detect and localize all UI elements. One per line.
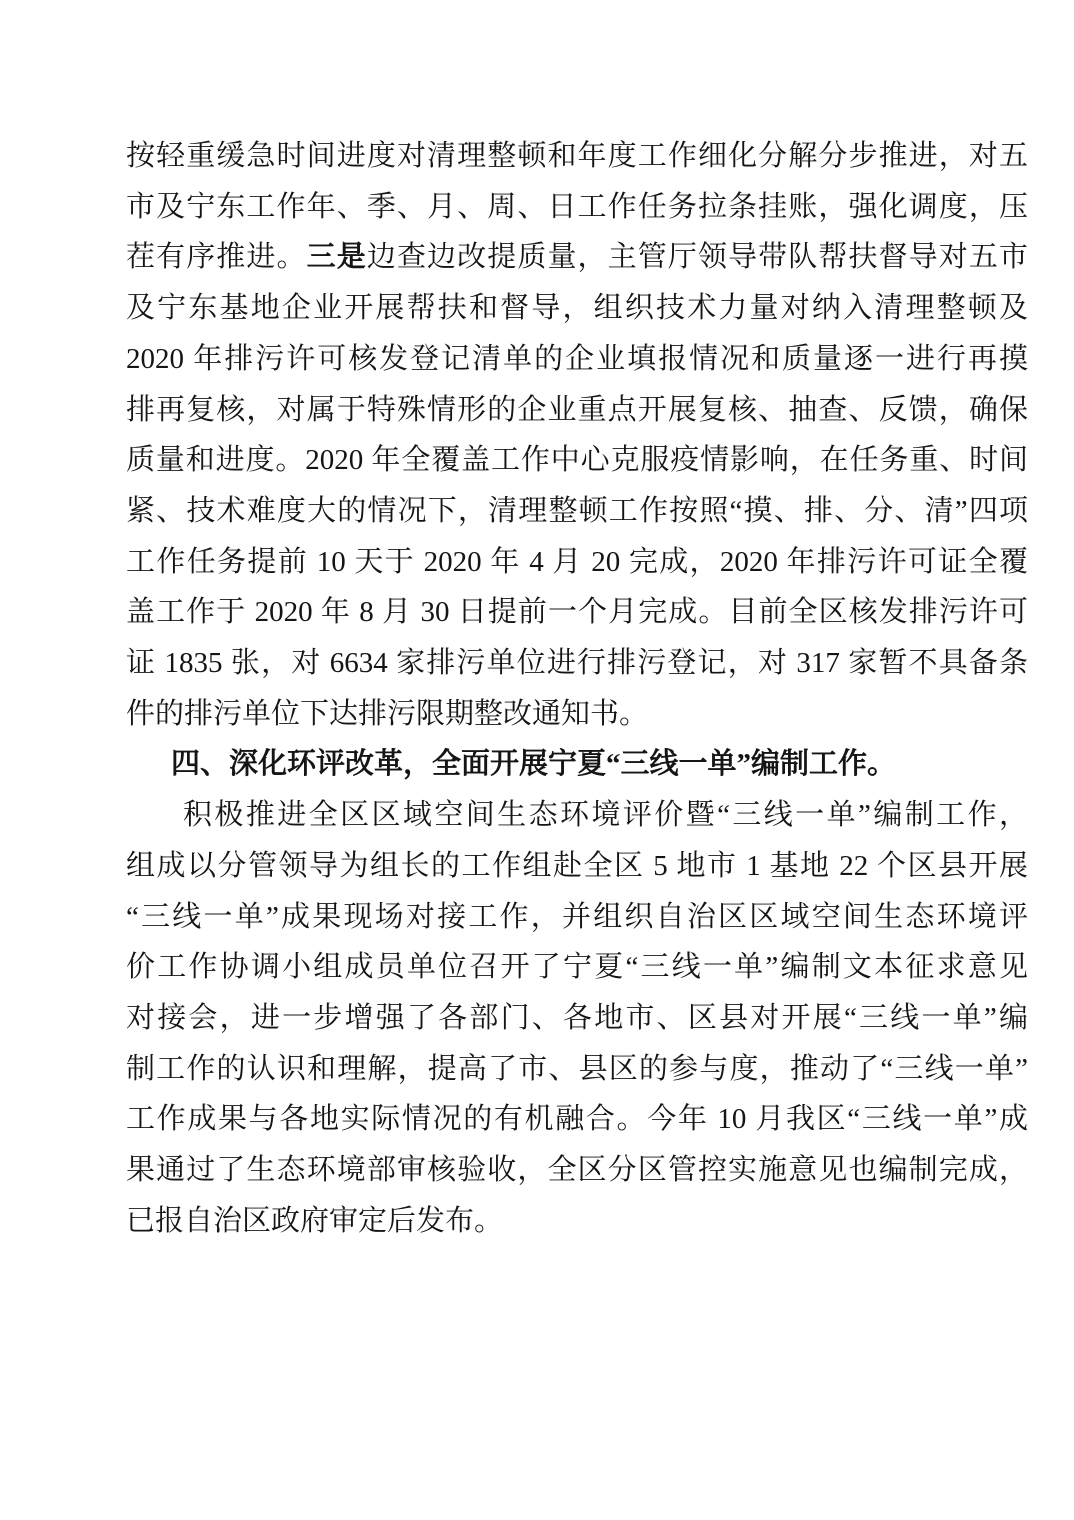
text-segment: “三线一单”成果现场对接工作，并组织自治区区域空间生态环境评 [126,901,1028,933]
text-segment: 及宁东基地企业开展帮扶和督导，组织技术力量对纳入清理整顿及 [126,292,1028,324]
text-line: 制工作的认识和理解，提高了市、县区的参与度，推动了“三线一单” [126,1044,1028,1095]
text-segment: 排再复核，对属于特殊情形的企业重点开展复核、抽查、反馈，确保 [126,394,1028,426]
text-line: 证 1835 张，对 6634 家排污单位进行排污登记，对 317 家暂不具备条 [126,638,1028,689]
text-line: 对接会，进一步增强了各部门、各地市、区县对开展“三线一单”编 [126,993,1028,1044]
document-page: 按轻重缓急时间进度对清理整顿和年度工作细化分解分步推进，对五市及宁东工作年、季、… [0,0,1074,1520]
para-sanxian-yidan: 积极推进全区区域空间生态环境评价暨“三线一单”编制工作，组成以分管领导为组长的工… [126,790,1028,1246]
text-line: 价工作协调小组成员单位召开了宁夏“三线一单”编制文本征求意见 [126,942,1028,993]
text-segment: 工作任务提前 10 天于 2020 年 4 月 20 完成，2020 年排污许可… [126,546,1028,578]
text-segment: 制工作的认识和理解，提高了市、县区的参与度，推动了“三线一单” [126,1053,1028,1085]
text-line: 排再复核，对属于特殊情形的企业重点开展复核、抽查、反馈，确保 [126,385,1028,436]
text-segment: 质量和进度。2020 年全覆盖工作中心克服疫情影响，在任务重、时间 [126,444,1028,476]
text-segment: 已报自治区政府审定后发布。 [126,1205,503,1237]
text-line: “三线一单”成果现场对接工作，并组织自治区区域空间生态环境评 [126,892,1028,943]
heading-section-four: 四、深化环评改革，全面开展宁夏“三线一单”编制工作。 [126,739,1028,790]
text-line: 积极推进全区区域空间生态环境评价暨“三线一单”编制工作， [126,790,1028,841]
text-line: 果通过了生态环境部审核验收，全区分区管控实施意见也编制完成， [126,1145,1028,1196]
text-segment: 积极推进全区区域空间生态环境评价暨“三线一单”编制工作， [183,799,1028,831]
emphasis-text: 三是 [307,241,367,273]
text-line: 件的排污单位下达排污限期整改通知书。 [126,689,1028,740]
text-line: 2020 年排污许可核发登记清单的企业填报情况和质量逐一进行再摸 [126,334,1028,385]
text-segment: 按轻重缓急时间进度对清理整顿和年度工作细化分解分步推进，对五 [126,140,1028,172]
text-line: 盖工作于 2020 年 8 月 30 日提前一个月完成。目前全区核发排污许可 [126,587,1028,638]
text-line: 工作成果与各地实际情况的有机融合。今年 10 月我区“三线一单”成 [126,1094,1028,1145]
text-segment: 盖工作于 2020 年 8 月 30 日提前一个月完成。目前全区核发排污许可 [126,596,1028,628]
text-segment: 2020 年排污许可核发登记清单的企业填报情况和质量逐一进行再摸 [126,343,1028,375]
para-paiwu-xuke-qingli: 按轻重缓急时间进度对清理整顿和年度工作细化分解分步推进，对五市及宁东工作年、季、… [126,131,1028,739]
text-line: 已报自治区政府审定后发布。 [126,1196,1028,1247]
text-line: 按轻重缓急时间进度对清理整顿和年度工作细化分解分步推进，对五 [126,131,1028,182]
text-line: 紧、技术难度大的情况下，清理整顿工作按照“摸、排、分、清”四项 [126,486,1028,537]
text-segment: 茬有序推进。 [126,241,307,273]
text-segment: 果通过了生态环境部审核验收，全区分区管控实施意见也编制完成， [126,1154,1028,1186]
text-line: 组成以分管领导为组长的工作组赴全区 5 地市 1 基地 22 个区县开展 [126,841,1028,892]
emphasis-text: 四、深化环评改革，全面开展宁夏“三线一单”编制工作。 [171,748,896,780]
text-segment: 件的排污单位下达排污限期整改通知书。 [126,698,648,730]
text-segment: 工作成果与各地实际情况的有机融合。今年 10 月我区“三线一单”成 [126,1103,1028,1135]
document-body: 按轻重缓急时间进度对清理整顿和年度工作细化分解分步推进，对五市及宁东工作年、季、… [126,131,1028,1246]
text-segment: 对接会，进一步增强了各部门、各地市、区县对开展“三线一单”编 [126,1002,1028,1034]
text-line: 茬有序推进。三是边查边改提质量，主管厅领导带队帮扶督导对五市 [126,232,1028,283]
text-line: 及宁东基地企业开展帮扶和督导，组织技术力量对纳入清理整顿及 [126,283,1028,334]
text-segment: 证 1835 张，对 6634 家排污单位进行排污登记，对 317 家暂不具备条 [126,647,1028,679]
text-segment: 市及宁东工作年、季、月、周、日工作任务拉条挂账，强化调度，压 [126,191,1028,223]
text-line: 质量和进度。2020 年全覆盖工作中心克服疫情影响，在任务重、时间 [126,435,1028,486]
text-segment: 组成以分管领导为组长的工作组赴全区 5 地市 1 基地 22 个区县开展 [126,850,1028,882]
text-line: 工作任务提前 10 天于 2020 年 4 月 20 完成，2020 年排污许可… [126,537,1028,588]
text-segment: 价工作协调小组成员单位召开了宁夏“三线一单”编制文本征求意见 [126,951,1028,983]
text-segment: 紧、技术难度大的情况下，清理整顿工作按照“摸、排、分、清”四项 [126,495,1028,527]
text-line: 市及宁东工作年、季、月、周、日工作任务拉条挂账，强化调度，压 [126,182,1028,233]
text-segment: 边查边改提质量，主管厅领导带队帮扶督导对五市 [367,241,1028,273]
text-line: 四、深化环评改革，全面开展宁夏“三线一单”编制工作。 [126,739,1028,790]
